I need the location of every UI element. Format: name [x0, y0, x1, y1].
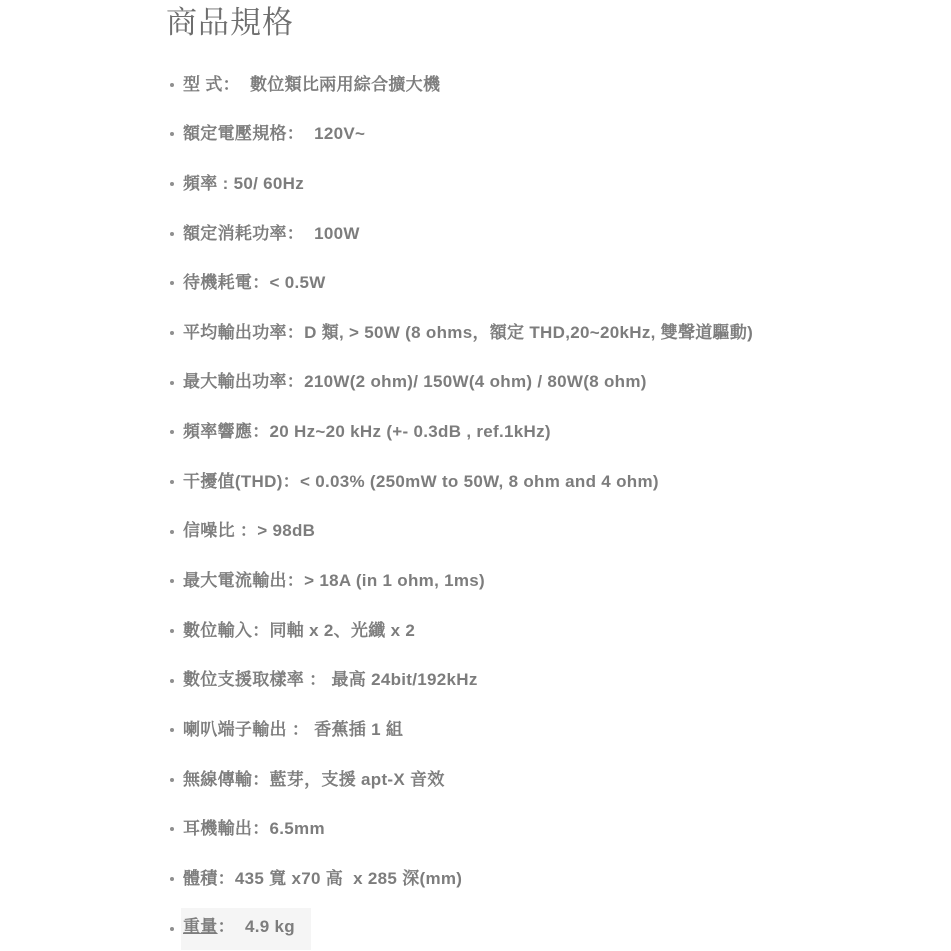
- spec-list-item: 重量： 4.9 kg: [170, 904, 943, 951]
- spec-text: 額定消耗功率： 100W: [183, 224, 360, 244]
- spec-value-text: 待機耗電：< 0.5W: [183, 273, 326, 292]
- spec-list-item: 數位支援取樣率 ： 最高 24bit/192kHz: [170, 656, 943, 706]
- spec-text: 干擾值(THD)：< 0.03% (250mW to 50W, 8 ohm an…: [183, 472, 659, 492]
- spec-value-text: 喇叭端子輸出 ： 香蕉插 1 組: [183, 720, 403, 739]
- bullet-icon: [170, 182, 174, 186]
- spec-text: 數位輸入：同軸 x 2、光纖 x 2: [183, 621, 415, 641]
- bullet-icon: [170, 579, 174, 583]
- bullet-icon: [170, 232, 174, 236]
- spec-list-item: 額定電壓規格： 120V~: [170, 110, 943, 160]
- bullet-icon: [170, 480, 174, 484]
- bullet-icon: [170, 83, 174, 87]
- spec-value-text: 最大輸出功率：210W(2 ohm)/ 150W(4 ohm) / 80W(8 …: [183, 372, 647, 391]
- spec-list-item: 耳機輸出：6.5mm: [170, 805, 943, 855]
- spec-list-item: 頻率 : 50/ 60Hz: [170, 159, 943, 209]
- spec-value-text: 無線傳輸：藍芽，支援 apt-X 音效: [183, 770, 445, 789]
- spec-value-text: 型 式： 數位類比兩用綜合擴大機: [183, 75, 440, 94]
- spec-text: 頻率 : 50/ 60Hz: [183, 174, 304, 194]
- spec-list-item: 干擾值(THD)：< 0.03% (250mW to 50W, 8 ohm an…: [170, 457, 943, 507]
- spec-list-item: 信噪比 ：> 98dB: [170, 507, 943, 557]
- spec-value-text: 數位支援取樣率 ： 最高 24bit/192kHz: [183, 670, 478, 689]
- bullet-icon: [170, 827, 174, 831]
- spec-text: 體積：435 寬 x70 高 x 285 深(mm): [183, 869, 462, 889]
- bullet-icon: [170, 778, 174, 782]
- spec-value-text: 數位輸入：同軸 x 2、光纖 x 2: [183, 621, 415, 640]
- spec-value-text: 信噪比 ：> 98dB: [183, 521, 315, 540]
- spec-text: 平均輸出功率：D 類, > 50W (8 ohms，額定 THD,20~20kH…: [183, 323, 753, 343]
- bullet-icon: [170, 381, 174, 385]
- page-title: 商品規格: [166, 5, 294, 41]
- spec-list: 型 式： 數位類比兩用綜合擴大機 額定電壓規格： 120V~ 頻率 : 50/ …: [170, 60, 943, 951]
- spec-text: 頻率響應：20 Hz~20 kHz (+- 0.3dB , ref.1kHz): [183, 422, 551, 442]
- bullet-icon: [170, 679, 174, 683]
- spec-list-item: 數位輸入：同軸 x 2、光纖 x 2: [170, 606, 943, 656]
- bullet-icon: [170, 430, 174, 434]
- spec-text: 數位支援取樣率 ： 最高 24bit/192kHz: [183, 670, 478, 690]
- spec-list-item: 平均輸出功率：D 類, > 50W (8 ohms，額定 THD,20~20kH…: [170, 308, 943, 358]
- spec-value-text: 耳機輸出：6.5mm: [183, 819, 325, 838]
- spec-text: 待機耗電：< 0.5W: [183, 273, 326, 293]
- bullet-icon: [170, 281, 174, 285]
- bullet-icon: [170, 331, 174, 335]
- spec-list-item: 頻率響應：20 Hz~20 kHz (+- 0.3dB , ref.1kHz): [170, 407, 943, 457]
- spec-text: 重量： 4.9 kg: [181, 908, 311, 950]
- spec-list-item: 待機耗電：< 0.5W: [170, 259, 943, 309]
- spec-text: 最大輸出功率：210W(2 ohm)/ 150W(4 ohm) / 80W(8 …: [183, 372, 647, 392]
- spec-list-item: 最大電流輸出：> 18A (in 1 ohm, 1ms): [170, 556, 943, 606]
- spec-text: 無線傳輸：藍芽，支援 apt-X 音效: [183, 770, 445, 790]
- spec-text: 喇叭端子輸出 ： 香蕉插 1 組: [183, 720, 403, 740]
- bullet-icon: [170, 728, 174, 732]
- spec-value-text: 頻率響應：20 Hz~20 kHz (+- 0.3dB , ref.1kHz): [183, 422, 551, 441]
- spec-value-text: 干擾值(THD)：< 0.03% (250mW to 50W, 8 ohm an…: [183, 472, 659, 491]
- spec-value-text: 平均輸出功率：D 類, > 50W (8 ohms，額定 THD,20~20kH…: [183, 323, 753, 342]
- bullet-icon: [170, 530, 174, 534]
- spec-value-text: 額定消耗功率： 100W: [183, 224, 360, 243]
- spec-value-text: 頻率 : 50/ 60Hz: [183, 174, 304, 193]
- bullet-icon: [170, 927, 174, 931]
- spec-text: 耳機輸出：6.5mm: [183, 819, 325, 839]
- spec-text: 信噪比 ：> 98dB: [183, 521, 315, 541]
- spec-list-item: 無線傳輸：藍芽，支援 apt-X 音效: [170, 755, 943, 805]
- spec-text: 型 式： 數位類比兩用綜合擴大機: [183, 75, 440, 95]
- spec-text: 最大電流輸出：> 18A (in 1 ohm, 1ms): [183, 571, 485, 591]
- product-spec-page: 商品規格 型 式： 數位類比兩用綜合擴大機 額定電壓規格： 120V~ 頻率 :…: [0, 0, 951, 951]
- spec-text: 額定電壓規格： 120V~: [183, 124, 365, 144]
- spec-underlined-label: 重量: [183, 917, 218, 936]
- spec-value-text: 額定電壓規格： 120V~: [183, 124, 365, 143]
- spec-list-item: 型 式： 數位類比兩用綜合擴大機: [170, 60, 943, 110]
- spec-list-item: 體積：435 寬 x70 高 x 285 深(mm): [170, 854, 943, 904]
- spec-value-text: ： 4.9 kg: [218, 917, 295, 936]
- bullet-icon: [170, 629, 174, 633]
- bullet-icon: [170, 132, 174, 136]
- spec-value-text: 體積：435 寬 x70 高 x 285 深(mm): [183, 869, 462, 888]
- spec-value-text: 最大電流輸出：> 18A (in 1 ohm, 1ms): [183, 571, 485, 590]
- spec-list-item: 喇叭端子輸出 ： 香蕉插 1 組: [170, 705, 943, 755]
- spec-list-item: 最大輸出功率：210W(2 ohm)/ 150W(4 ohm) / 80W(8 …: [170, 358, 943, 408]
- spec-list-item: 額定消耗功率： 100W: [170, 209, 943, 259]
- bullet-icon: [170, 877, 174, 881]
